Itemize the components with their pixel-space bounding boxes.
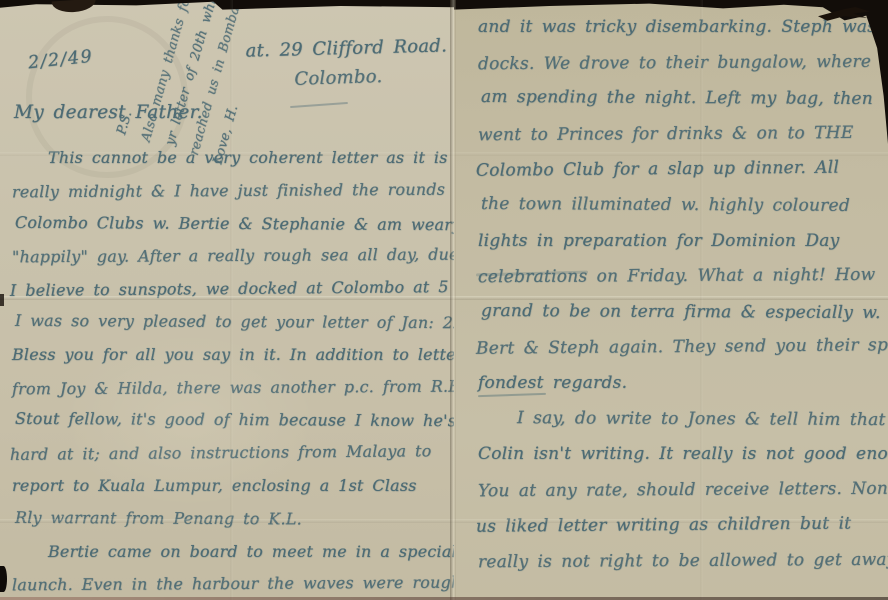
handwritten-line: docks. We drove to their bungalow, where… xyxy=(478,44,886,82)
handwritten-line: report to Kuala Lumpur, enclosing a 1st … xyxy=(12,470,450,503)
letter-body-left: This cannot be a very coherent letter as… xyxy=(12,142,450,600)
handwritten-line: grand to be on terra firma & especially … xyxy=(481,294,886,332)
handwritten-line: am spending the night. Left my bag, then xyxy=(481,80,886,118)
handwritten-line: really midnight & I have just finished t… xyxy=(12,173,450,208)
handwritten-line: Colombo Club for a slap up dinner. All xyxy=(476,151,886,190)
handwritten-line: the town illuminated w. highly coloured xyxy=(481,187,886,225)
handwritten-line: I was so very pleased to get your letter… xyxy=(15,305,450,340)
letter-scan: 2/2/49 P.S. Also many thanks for yr lett… xyxy=(0,0,888,600)
paper-nick-left-edge xyxy=(0,294,4,306)
handwritten-line: Stout fellow, it's good of him because I… xyxy=(15,403,450,438)
handwritten-line: celebrations on Friday. What a night! Ho… xyxy=(478,258,886,296)
handwritten-line: hard at it; and also instructions from M… xyxy=(10,435,450,472)
letter-body-right: and it was tricky disembarking. Steph wa… xyxy=(478,10,886,580)
handwritten-line: I believe to sunspots, we docked at Colo… xyxy=(10,271,450,308)
handwritten-line: lights in preparation for Dominion Day xyxy=(478,224,886,260)
handwritten-line: fondest regards. xyxy=(478,366,886,402)
handwritten-line: Bertie came on board to meet me in a spe… xyxy=(12,536,450,569)
handwritten-line: You at any rate, should receive letters.… xyxy=(478,471,886,509)
letter-page-right: and it was tricky disembarking. Steph wa… xyxy=(454,0,888,600)
salutation: My dearest Father. xyxy=(14,102,203,123)
handwritten-line: Colin isn't writing. It really is not go… xyxy=(478,437,886,473)
handwritten-line: Rly warrant from Penang to K.L. xyxy=(15,502,450,537)
underline-stroke-colombo xyxy=(290,102,348,108)
handwritten-line: went to Princes for drinks & on to THE xyxy=(478,116,886,154)
handwritten-line: Colombo Clubs w. Bertie & Stephanie & am… xyxy=(15,206,450,241)
handwritten-line: "happily" gay. After a really rough sea … xyxy=(12,239,450,274)
letter-page-left: 2/2/49 P.S. Also many thanks for yr lett… xyxy=(0,0,454,600)
handwritten-line: really is not right to be allowed to get… xyxy=(478,543,886,581)
handwritten-line: This cannot be a very coherent letter as… xyxy=(12,142,450,175)
handwritten-line: Bert & Steph again. They send you their … xyxy=(476,329,886,368)
address-line-1: at. 29 Clifford Road. xyxy=(245,35,447,61)
address-line-2: Colombo. xyxy=(294,64,448,90)
paper-notch-bottom-left xyxy=(0,566,7,592)
sender-address: at. 29 Clifford Road. Colombo. xyxy=(245,35,448,90)
page-seam xyxy=(450,0,456,600)
handwritten-line: launch. Even in the harbour the waves we… xyxy=(12,567,450,600)
handwritten-line: us liked letter writing as children but … xyxy=(476,507,886,546)
handwritten-line: from Joy & Hilda, there was another p.c.… xyxy=(12,370,450,405)
handwritten-line: I say, do write to Jones & tell him that xyxy=(481,400,886,438)
handwritten-line: Bless you for all you say in it. In addi… xyxy=(12,339,450,372)
